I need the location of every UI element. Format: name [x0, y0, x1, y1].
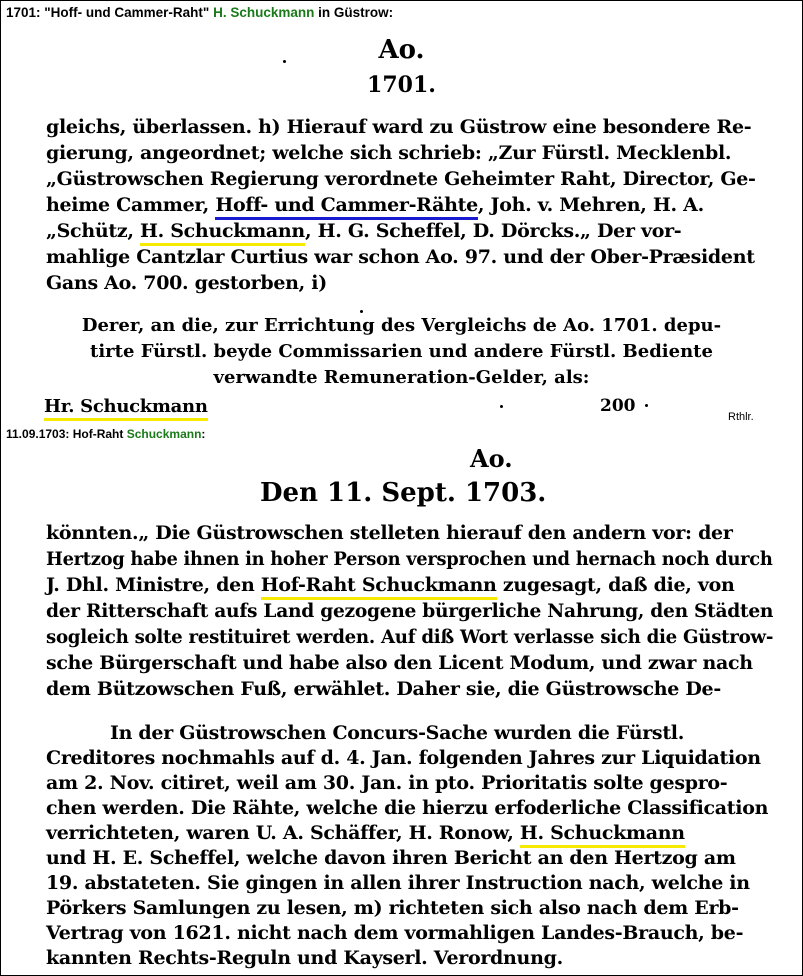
caption-1701-prefix: 1701: "Hoff- und Cammer-Raht" [6, 5, 213, 20]
scan-speck [283, 60, 286, 63]
entry-name: Hr. Schuckmann [44, 396, 208, 417]
scan-1703-p1-line-3-c: zugesagt, daß die, von [497, 574, 735, 596]
scan-1701-line-5-c: , H. G. Scheffel, D. Dörcks.„ Der vor- [305, 220, 681, 242]
highlight-hr-schuckmann: Hr. Schuckmann [44, 396, 208, 421]
scan-1701-line-4-a: heime Cammer, [46, 194, 215, 216]
scan-1703-heading-date: Den 11. Sept. 1703. [260, 478, 546, 508]
highlight-hof-raht-schuckmann: Hof-Raht Schuckmann [261, 574, 497, 600]
highlight-h-schuckmann-1703: H. Schuckmann [520, 822, 685, 848]
caption-1703-prefix: 11.09.1703: Hof-Raht [6, 427, 127, 441]
scan-1701-line-6: mahlige Cantzlar Curtius war schon Ao. 9… [46, 246, 755, 268]
list-heading-line-3: verwandte Remuneration-Gelder, als: [0, 367, 803, 388]
scan-1703-p2-line-2: Creditores nochmahls auf d. 4. Jan. folg… [46, 747, 761, 769]
caption-1703-suffix: : [201, 427, 205, 441]
scan-1701-line-5-a: „Schütz, [46, 220, 140, 242]
scan-speck [645, 404, 648, 407]
caption-1701: 1701: "Hoff- und Cammer-Raht" H. Schuckm… [6, 5, 393, 20]
scan-1703-p2-line-4: chen werden. Die Rähte, welche die hierz… [46, 797, 768, 819]
scan-1703-p1-line-3: J. Dhl. Ministre, den Hof-Raht Schuckman… [46, 574, 735, 596]
currency-note: Rthlr. [728, 411, 754, 423]
scan-1701-line-4: heime Cammer, Hoff- und Cammer-Rähte, Jo… [46, 194, 704, 216]
scan-1703-p2-line-5-a: verrichteten, waren U. A. Schäffer, H. R… [46, 822, 520, 844]
caption-1703: 11.09.1703: Hof-Raht Schuckmann: [6, 427, 205, 441]
scan-1701-line-3: „Güstrowschen Regierung verordnete Gehei… [46, 168, 756, 190]
scan-1701-line-1: gleichs, überlassen. h) Hierauf ward zu … [46, 116, 751, 138]
scan-1701-heading-ao: Ao. [0, 35, 803, 65]
scan-1703-p2-line-7: 19. abstateten. Sie gingen in allen ihre… [46, 872, 750, 894]
scan-1703-p1-line-6: sche Bürgerschaft und habe also den Lice… [46, 652, 753, 674]
caption-1701-suffix: in Güstrow: [314, 5, 393, 20]
highlight-h-schuckmann-1701: H. Schuckmann [140, 220, 305, 246]
caption-1703-name: Schuckmann [127, 427, 202, 441]
scan-1703-p1-line-5: sogleich solte restituiret werden. Auf d… [46, 626, 773, 648]
list-heading-line-2: tirte Fürstl. beyde Commissarien und and… [0, 341, 803, 362]
scan-1701-line-7: Gans Ao. 700. gestorben, i) [46, 272, 327, 294]
caption-1701-name: H. Schuckmann [213, 5, 314, 20]
scan-1703-p1-line-7: dem Bützowschen Fuß, erwählet. Daher sie… [46, 678, 721, 700]
scan-1703-p2-line-1: In der Güstrowschen Concurs-Sache wurden… [110, 722, 684, 744]
scan-1703-p2-line-3: am 2. Nov. citiret, weil am 30. Jan. in … [46, 772, 727, 794]
scan-speck [500, 405, 503, 408]
entry-amount: 200 [600, 396, 636, 416]
scan-1703-p2-line-10: kannten Rechts-Reguln und Kayserl. Veror… [46, 947, 563, 969]
scan-1703-heading-ao: Ao. [470, 444, 513, 473]
scan-1703-p1-line-1: könnten.„ Die Güstrowschen stelleten hie… [46, 522, 733, 544]
scan-1701-line-2: gierung, angeordnet; welche sich schrieb… [46, 142, 731, 164]
highlight-hoff-und-cammer-raehte: Hoff- und Cammer-Rähte [215, 194, 478, 220]
scan-1701-line-4-c: , Joh. v. Mehren, H. A. [478, 194, 704, 216]
scan-1703-p2-line-6: und H. E. Scheffel, welche davon ihren B… [46, 847, 736, 869]
scan-1701-heading-year: 1701. [0, 72, 803, 98]
scan-1703-p2-line-5: verrichteten, waren U. A. Schäffer, H. R… [46, 822, 685, 844]
list-heading-line-1: Derer, an die, zur Errichtung des Vergle… [0, 315, 803, 336]
scan-1703-p2-line-9: Vertrag von 1621. nicht nach dem vormahl… [46, 922, 743, 944]
scan-1703-p1-line-2: Hertzog habe ihnen in hoher Person versp… [46, 548, 773, 570]
scan-1703-p1-line-4: der Ritterschaft aufs Land gezogene bürg… [46, 600, 773, 622]
scan-speck [360, 310, 363, 313]
scan-1703-p2-line-8: Pörkers Samlungen zu lesen, m) richteten… [46, 897, 739, 919]
scan-1703-p1-line-3-a: J. Dhl. Ministre, den [46, 574, 261, 596]
scan-1701-line-5: „Schütz, H. Schuckmann, H. G. Scheffel, … [46, 220, 681, 242]
